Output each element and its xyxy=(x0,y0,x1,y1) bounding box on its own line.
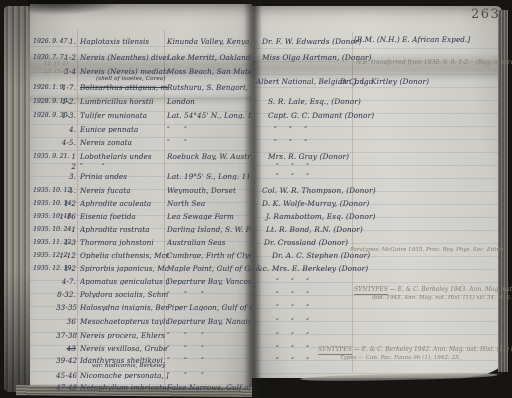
entry-species-name: Spirorbis japonicus, Moore xyxy=(80,265,168,272)
page-number: 263 xyxy=(471,7,500,22)
entry-species-name: Nereis fucata xyxy=(80,187,168,194)
entry-locality: Cumbrae, Firth of Clyde xyxy=(167,252,251,259)
entry-species-name: Halosydna insignis, Berkeley xyxy=(80,304,168,311)
entry-species-name: Notophyllum imbricatum, Moore xyxy=(80,384,168,391)
entry-number: 2 xyxy=(56,163,76,170)
entry-locality: Piper Lagoon, Gulf of Georgia xyxy=(167,304,251,311)
entry-locality: Rutshuru, S. Bengori, Uganda, mch. xyxy=(167,84,251,91)
entry-donor: Mrs. R. Gray (Donor) xyxy=(268,153,349,160)
entry-donor: ″ ″ ″ xyxy=(276,163,309,170)
entry-donor: Dr. Crossland (Donor) xyxy=(264,239,348,246)
entry-locality: Lat. 19°5' S., Long. 119°8' E. xyxy=(167,173,251,180)
entry-number: 45-46 xyxy=(56,372,76,379)
entry-locality: Roebuck Bay, W. Australia xyxy=(167,153,251,160)
pencil-note: 13. (3-4) xyxy=(44,70,68,76)
entry-locality: Lat. 54°45' N., Long. 1°0' W. xyxy=(167,112,251,119)
pencil-note: Paratypes: McGuire 1935, Proc. Roy. Phys… xyxy=(350,248,505,254)
pencil-note: Types — Can. Pac. Fauna 9b (1), 1942: 25… xyxy=(340,356,460,362)
entry-locality: Maple Point, Gulf of Georgia xyxy=(167,265,251,272)
entry-donor: Dr. F. W. Edwards (Donor) xyxy=(262,38,362,45)
entry-locality: Departure Bay, Vancouver I., B.C. xyxy=(167,278,251,285)
entry-locality: ″ ″ xyxy=(167,139,251,146)
entry-donor: ″ ″ ″ xyxy=(276,278,309,285)
entry-locality: ″ ″ ″ xyxy=(167,291,251,298)
entry-donor: ″ ″ ″ xyxy=(276,357,309,364)
entry-number: 36 xyxy=(56,318,76,325)
left-leaf-edges xyxy=(4,6,32,392)
entry-species-name: Eisenia foetida xyxy=(80,213,168,220)
entry-number: 1-3. xyxy=(56,112,76,119)
entry-number: 1-3 xyxy=(56,239,76,246)
entry-donor: S. R. Lale, Esq., (Donor) xyxy=(268,98,361,105)
entry-species-name: Nereis vexillosa, Grube xyxy=(80,345,168,352)
entry-number: 4-5. xyxy=(56,139,76,146)
entry-donor: Lt. R. Bond, R.N. (Donor) xyxy=(266,226,363,233)
entry-number: 3. xyxy=(56,173,76,180)
entry-donor: ″ ″ ″ xyxy=(274,126,307,133)
entry-species-name: Prinia undes xyxy=(80,173,168,180)
pencil-note: SYNTYPES — E. & C. Berkeley 1942. Ann. M… xyxy=(318,347,512,353)
entry-locality: Weymouth, Dorset xyxy=(167,187,251,194)
entry-number: 4. xyxy=(56,126,76,133)
entry-donor: Col. W. R. Thompson, (Donor) xyxy=(262,187,376,194)
entry-locality: ″ ″ ″ xyxy=(167,332,251,339)
ink-note: (shell of isoetes, Corea) xyxy=(96,77,166,83)
entry-locality: Australian Seas xyxy=(167,239,251,246)
pencil-note: SYNTYPES — E. & C. Berkeley 1943. Ann. M… xyxy=(354,287,512,293)
entry-species-name: ″ ″ xyxy=(80,163,168,170)
entry-donor: ″ ″ ″ xyxy=(274,139,307,146)
entry-species-name: Aphrodita rostrata xyxy=(80,226,168,233)
entry-species-name: Lobothelaris undes xyxy=(80,153,168,160)
entry-species-name: Nereis (Nereis) mediator xyxy=(80,68,168,75)
entry-species-name: Nereis zonata xyxy=(80,139,168,146)
entry-number: 1-7. xyxy=(56,84,76,91)
entry-number: 1-12 xyxy=(56,252,76,259)
entry-donor: Capt. G. C. Damant (Donor) xyxy=(268,112,374,119)
entry-species-name: Nereis procera, Ehlers xyxy=(80,332,168,339)
entry-locality: London xyxy=(167,98,251,105)
entry-locality: ″ ″ ″ xyxy=(167,372,251,379)
entry-locality: Departure Bay, Nanaimo, B.C. xyxy=(167,318,251,325)
entry-number: 1 xyxy=(56,226,76,233)
entry-donor: &c. Mrs. E. Berkeley (Donor) xyxy=(256,265,368,272)
entry-locality: Kinunda Valley, Kenya, E. Afr. xyxy=(167,38,251,45)
entry-species-name: Mesochaetopterus taylori, Potts xyxy=(80,318,168,325)
entry-donor: D. K. Wolfe-Murray, (Donor) xyxy=(262,200,369,207)
entry-donor: ″ ″ ″ xyxy=(276,345,309,352)
entry-number: 1-16 xyxy=(56,213,76,220)
entry-donor: J. Ramsbottom, Esq. (Donor) xyxy=(266,213,376,220)
pencil-note: 12. (1-2) xyxy=(44,62,68,68)
entry-number: 1 xyxy=(56,153,76,160)
entry-number: 47-48 xyxy=(56,384,76,391)
entry-species-name: Tulifer munionata xyxy=(80,112,168,119)
entry-species-name: Bolizarthus attiguus, mlle. xyxy=(80,84,168,91)
entry-number: 1. xyxy=(56,38,76,45)
entry-locality: ″ ″ ″ xyxy=(167,357,251,364)
entry-locality: Moss Beach, San Mateo xyxy=(167,68,251,75)
entry-number: 39-42 xyxy=(56,357,76,364)
entry-number: 43 xyxy=(56,345,76,352)
entry-donor: ″ ″ ″ xyxy=(276,291,309,298)
entry-donor: ″ ″ ″ xyxy=(276,318,309,325)
entry-locality: ″ ″ xyxy=(167,126,251,133)
pencil-note: N.B. transferred from 1930. 9. 8. 1-2. (… xyxy=(356,60,512,66)
entry-donor: ″ ″ ″ xyxy=(276,332,309,339)
entry-donor: ″ ″ ″ xyxy=(276,304,309,311)
entry-number: 1. xyxy=(56,187,76,194)
entry-number: 8-32. xyxy=(56,291,76,298)
ink-note: Albert National, Belgian Congo xyxy=(256,78,373,85)
entry-number: 33-35 xyxy=(56,304,76,311)
entry-locality: Lake Merritt, Oakland, Calif. xyxy=(167,54,251,61)
entry-species-name: Eunice pennata xyxy=(80,126,168,133)
entry-species-name: Nicomache personata, Johnson xyxy=(80,372,168,379)
entry-species-variety: var. nudicornis, Berkeley xyxy=(92,364,165,370)
entry-locality: False Narrows, Gulf of Georgia xyxy=(167,384,251,391)
entry-donor: ″ ″ ″ xyxy=(276,173,309,180)
entry-species-name: Thormora johnstoni xyxy=(80,239,168,246)
entry-number: 37-38 xyxy=(56,332,76,339)
ledger-photo: 263 1926. 9. 47.1.Haplotaxis tilensisKin… xyxy=(0,0,512,398)
entry-number: 1-2 xyxy=(56,200,76,207)
entry-locality: Darling Island, S. W. Pacific xyxy=(167,226,251,233)
entry-number: 1-2. xyxy=(56,98,76,105)
entry-species-name: Lumbricillus horstii xyxy=(80,98,168,105)
pencil-note: ibid. 1945. Ann. Mag. nat. Hist. (11) xi… xyxy=(372,296,512,302)
entry-number: 4-7. xyxy=(56,278,76,285)
entry-locality: ″ ″ ″ xyxy=(167,345,251,352)
entry-locality: North Sea xyxy=(167,200,251,207)
entry-species-name: Aphrodite aculeata xyxy=(80,200,168,207)
entry-species-name: Ophelia cluthensis, McGuire xyxy=(80,252,168,259)
column-rule xyxy=(77,30,78,386)
entry-species-name: Haplotaxis tilensis xyxy=(80,38,168,45)
ink-note: [B.M. (N.H.) E. African Exped.] xyxy=(354,36,470,43)
entry-species-name: Nereis (Neanthes) diversicolor xyxy=(80,54,168,61)
binding-shadow xyxy=(28,0,124,15)
entry-number: 1-2 xyxy=(56,265,76,272)
entry-species-name: Polydora socialis, Schmarda xyxy=(80,291,168,298)
entry-species-name: Apomatus geniculatus (Müller) xyxy=(80,278,168,285)
entry-locality: Lea Sewage Farm xyxy=(167,213,251,220)
